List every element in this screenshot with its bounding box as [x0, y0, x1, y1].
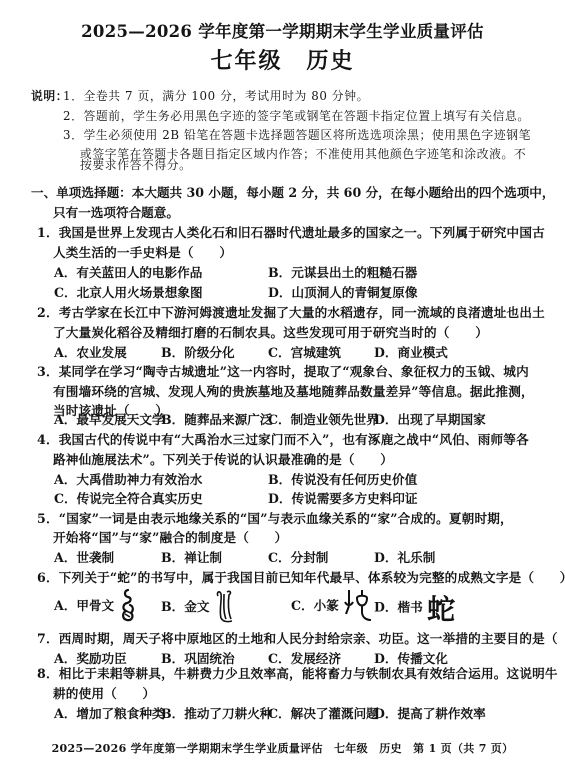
- q6-option-a-label: A．甲骨文: [54, 598, 114, 613]
- exam-subject-title: 七年级 历史: [0, 44, 565, 75]
- question-4-text: 4．我国古代的传说中有“大禹治水三过家门而不入”，也有涿鹿之战中“风伯、雨师等各: [37, 429, 529, 448]
- q6-option-d-label: D．楷书: [374, 600, 423, 615]
- q4-option-d[interactable]: D．传说需要多方史料印证: [268, 488, 417, 507]
- question-4-text-cont: 路神仙施展法术”。下列关于传说的认识最准确的是（ ）: [53, 449, 393, 468]
- page-footer: 2025—2026 学年度第一学期期末学生学业质量评估 七年级 历史 第 1 页…: [0, 740, 565, 756]
- q2-option-b[interactable]: B．阶级分化: [161, 342, 235, 361]
- q4-option-b[interactable]: B．传说没有任何历史价值: [268, 469, 417, 488]
- instruction-item-2: 2．答题前，学生务必用黑色字迹的签字笔或钢笔在答题卡指定位置上填写有关信息。: [63, 107, 530, 124]
- q5-option-a[interactable]: A．世袭制: [54, 547, 114, 566]
- q8-option-b[interactable]: B．推动了刀耕火种: [161, 703, 272, 722]
- q5-option-b[interactable]: B．禅让制: [161, 547, 222, 566]
- q2-option-a[interactable]: A．农业发展: [54, 342, 127, 361]
- question-3-text: 3．某同学在学习“陶寺古城遗址”这一内容时，提取了“观象台、象征权力的玉钺、城内: [37, 361, 529, 380]
- q6-option-c-label: C．小篆: [291, 598, 339, 613]
- question-8-text: 8．相比于耒耜等耕具，牛耕费力少且效率高，能将畜力与铁制农具有效结合运用。这说明…: [37, 663, 558, 682]
- instruction-item-3: 3．学生必须使用 2B 铅笔在答题卡选择题答题区将所选选项涂黑；使用黑色字迹钢笔: [63, 126, 531, 143]
- q1-option-b[interactable]: B．元谋县出土的粗糙石器: [268, 262, 417, 281]
- q8-option-d[interactable]: D．提高了耕作效率: [374, 703, 486, 722]
- question-6-text: 6．下列关于“蛇”的书写中，属于我国目前已知年代最早、体系较为完整的成熟文字是（…: [37, 567, 565, 586]
- question-3-text-cont: 有围墙环绕的宫城、发现人殉的贵族墓地及墓地随葬品数量差异”等信息。据此推测，: [53, 381, 534, 400]
- instruction-item-1: 1．全卷共 7 页，满分 100 分，考试用时为 80 分钟。: [63, 87, 369, 104]
- q2-option-c[interactable]: C．宫城建筑: [268, 342, 341, 361]
- q2-option-d[interactable]: D．商业模式: [374, 342, 448, 361]
- question-5-text: 5．“国家”一词是由表示地缘关系的“国”与表示血缘关系的“家”合成的。夏朝时期，: [37, 508, 513, 527]
- q8-option-a[interactable]: A．增加了粮食种类: [54, 703, 165, 722]
- q5-option-c[interactable]: C．分封制: [268, 547, 328, 566]
- q3-option-b[interactable]: B．随葬品来源广泛: [161, 409, 272, 428]
- question-7-text: 7．西周时期，周天子将中原地区的土地和人民分封给宗亲、功臣。这一举措的主要目的是…: [37, 628, 565, 647]
- q6-option-b-label: B．金文: [161, 599, 209, 614]
- q4-option-a[interactable]: A．大禹借助神力有效治水: [54, 469, 202, 488]
- question-1-text-cont: 人类生活的一手史料是（ ）: [53, 242, 232, 261]
- regular-script-snake-glyph: 蛇: [427, 588, 455, 628]
- q6-option-c[interactable]: C．小篆: [291, 588, 373, 625]
- q3-option-c[interactable]: C．制造业领先世界: [268, 409, 379, 428]
- question-8-text-cont: 耕的使用（ ）: [53, 683, 155, 702]
- question-2-text: 2．考古学家在长江中下游河姆渡遗址发掘了大量的水稻遗存，同一流域的良渚遗址也出土: [37, 302, 545, 321]
- q1-option-c[interactable]: C．北京人用火场景想象图: [54, 282, 203, 301]
- q3-option-d[interactable]: D．出现了早期国家: [374, 409, 486, 428]
- question-1-text: 1．我国是世界上发现古人类化石和旧石器时代遗址最多的国家之一。下列属于研究中国古: [37, 222, 545, 241]
- q1-option-a[interactable]: A．有关蓝田人的电影作品: [54, 262, 202, 281]
- q3-option-a[interactable]: A．最早发展天文学: [54, 409, 165, 428]
- q8-option-c[interactable]: C．解决了灌溉问题: [268, 703, 379, 722]
- section-heading-cont: 只有一选项符合题意。: [53, 202, 179, 221]
- instruction-item-3-cont2: 按要求作答不得分。: [80, 156, 192, 173]
- q6-option-b[interactable]: B．金文: [161, 588, 234, 627]
- small-seal-snake-glyph-icon: [343, 588, 373, 625]
- bronze-inscription-snake-glyph-icon: [214, 588, 234, 627]
- q6-option-d[interactable]: D．楷书 蛇: [374, 588, 455, 628]
- q4-option-c[interactable]: C．传说完全符合真实历史: [54, 488, 203, 507]
- section-heading: 一、单项选择题：本大题共 30 小题，每小题 2 分，共 60 分，在每小题给出…: [31, 182, 555, 201]
- question-5-text-cont: 开始将“国”与“家”融合的制度是（ ）: [53, 527, 287, 546]
- oracle-bone-snake-glyph-icon: [119, 588, 137, 625]
- q6-option-a[interactable]: A．甲骨文: [54, 588, 137, 625]
- exam-title: 2025—2026 学年度第一学期期末学生学业质量评估: [0, 18, 565, 42]
- question-2-text-cont: 了大量炭化稻谷及精细打磨的石制农具。这些发现可用于研究当时的（ ）: [53, 322, 488, 341]
- q1-option-d[interactable]: D．山顶洞人的青铜复原像: [268, 282, 417, 301]
- q5-option-d[interactable]: D．礼乐制: [374, 547, 435, 566]
